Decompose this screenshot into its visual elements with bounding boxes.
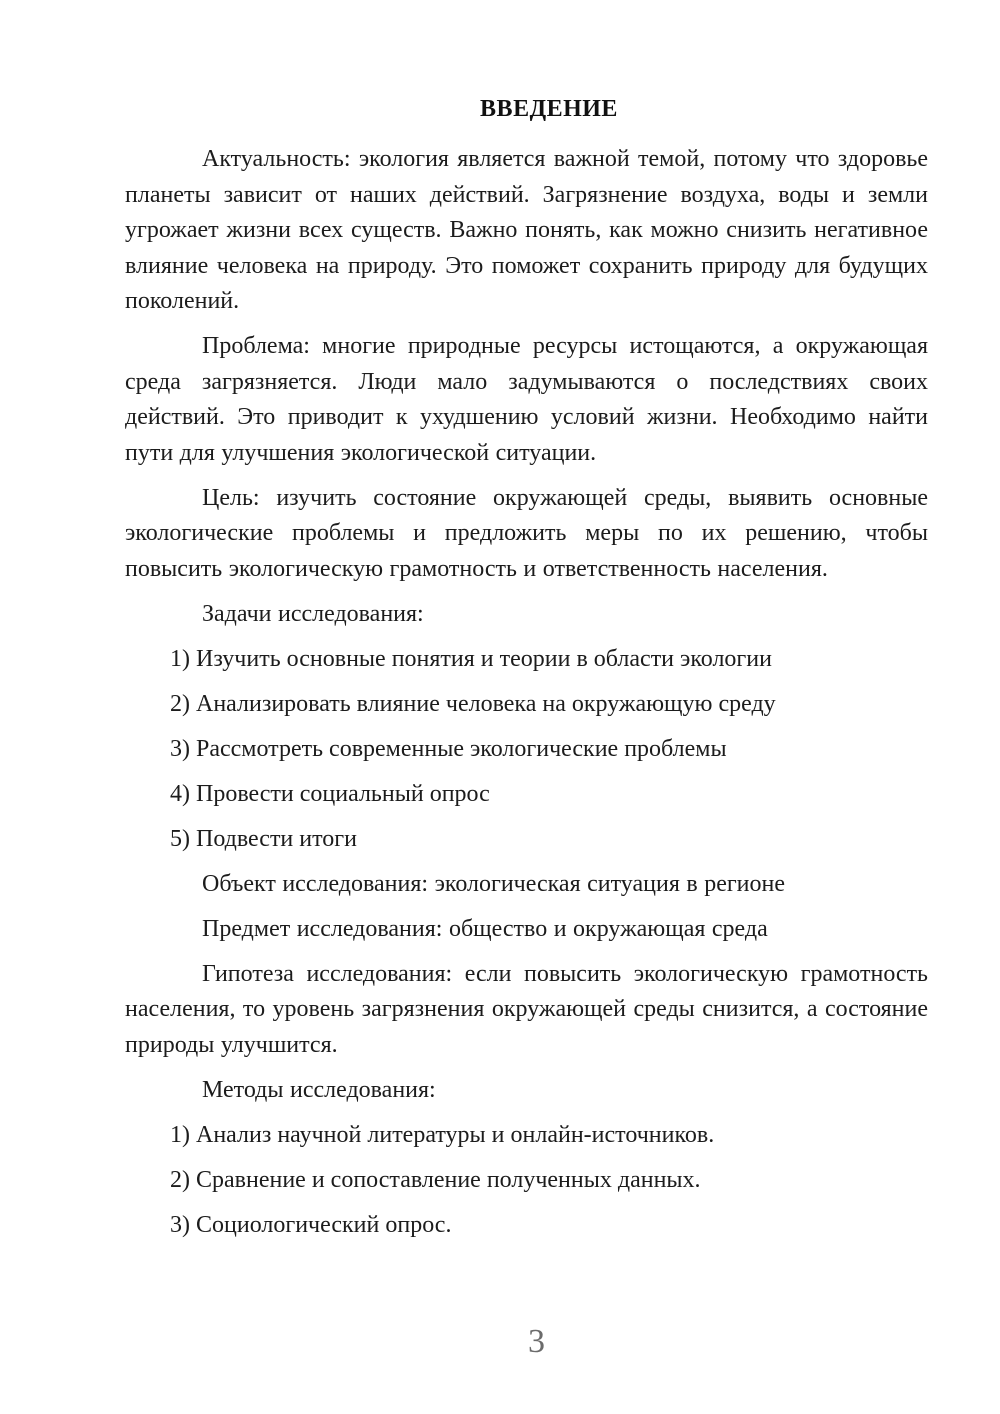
task-item-5: 5) Подвести итоги <box>170 822 928 858</box>
page-content: ВВЕДЕНИЕ Актуальность: экология является… <box>125 92 928 1253</box>
method-item-1: 1) Анализ научной литературы и онлайн-ис… <box>170 1118 928 1154</box>
paragraph-goal: Цель: изучить состояние окружающей среды… <box>125 481 928 588</box>
task-item-3: 3) Рассмотреть современные экологические… <box>170 732 928 768</box>
paragraph-subject: Предмет исследования: общество и окружаю… <box>125 912 928 948</box>
paragraph-actuality: Актуальность: экология является важной т… <box>125 142 928 320</box>
page-number: 3 <box>125 1322 948 1361</box>
page-title: ВВЕДЕНИЕ <box>125 92 928 128</box>
paragraph-problem: Проблема: многие природные ресурсы истощ… <box>125 329 928 471</box>
method-item-3: 3) Социологический опрос. <box>170 1208 928 1244</box>
task-item-1: 1) Изучить основные понятия и теории в о… <box>170 642 928 678</box>
tasks-heading: Задачи исследования: <box>125 597 928 633</box>
methods-heading: Методы исследования: <box>125 1073 928 1109</box>
paragraph-hypothesis: Гипотеза исследования: если повысить эко… <box>125 957 928 1064</box>
document-page: ВВЕДЕНИЕ Актуальность: экология является… <box>0 0 1000 1414</box>
method-item-2: 2) Сравнение и сопоставление полученных … <box>170 1163 928 1199</box>
paragraph-object: Объект исследования: экологическая ситуа… <box>125 867 928 903</box>
task-item-4: 4) Провести социальный опрос <box>170 777 928 813</box>
task-item-2: 2) Анализировать влияние человека на окр… <box>170 687 928 723</box>
